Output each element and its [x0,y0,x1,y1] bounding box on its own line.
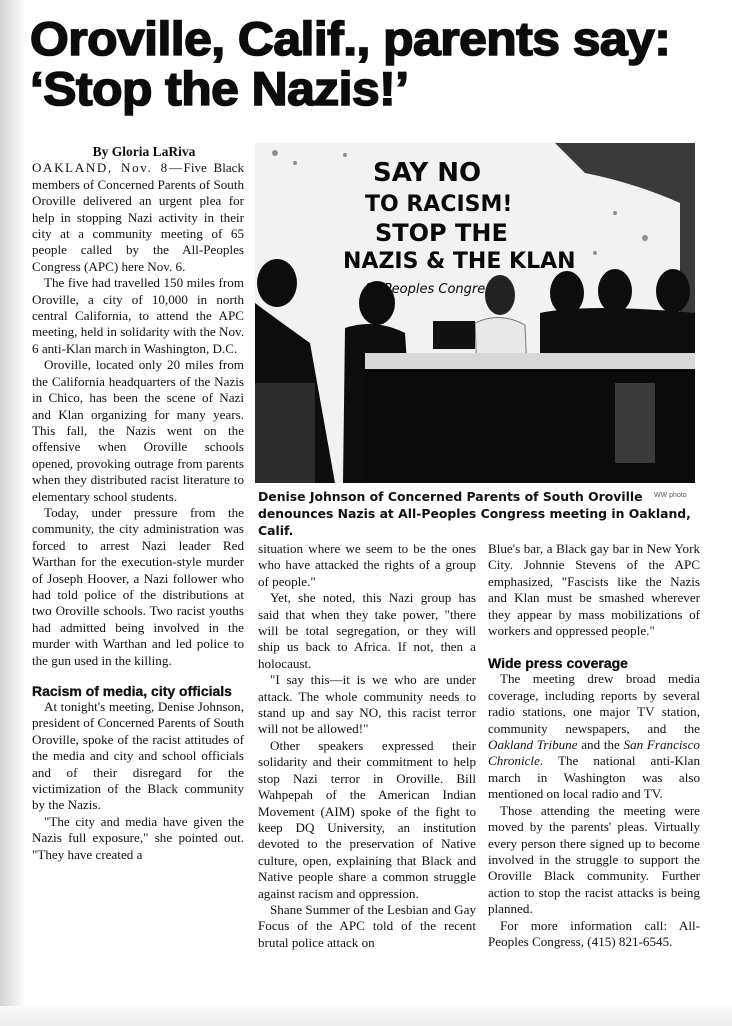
article-column-3: Blue's bar, a Black gay bar in New York … [488,541,700,950]
paragraph: The five had travelled 150 miles from Or… [32,275,244,357]
article-column-1: By Gloria LaRiva OAKLAND, Nov. 8—Five Bl… [32,144,244,863]
paragraph: Oroville, located only 20 miles from the… [32,357,244,505]
paragraph: "I say this—it is we who are under attac… [258,672,476,738]
headline: Oroville, Calif., parents say: ‘Stop the… [30,14,732,114]
publication-name: Oakland Tribune [488,737,578,752]
paragraph-continued: situation where we seem to be the ones w… [258,541,476,590]
subhead-racism-of-media: Racism of media, city officials [32,683,244,699]
paragraph: The meeting drew broad media coverage, i… [488,671,700,802]
paragraph-continued: Blue's bar, a Black gay bar in New York … [488,541,700,639]
dateline: OAKLAND, Nov. 8— [32,160,184,175]
paragraph: Other speakers expressed their solidarit… [258,738,476,902]
article-column-2: situation where we seem to be the ones w… [258,541,476,951]
paragraph: Shane Summer of the Lesbian and Gay Focu… [258,902,476,951]
byline: By Gloria LaRiva [32,144,244,160]
paragraph: "The city and media have given the Nazis… [32,814,244,863]
news-photo: SAY NO TO RACISM! STOP THE NAZIS & THE K… [255,143,695,483]
paragraph: At tonight's meeting, Denise Johnson, pr… [32,699,244,814]
svg-text:STOP THE: STOP THE [375,219,508,247]
lead-paragraph: OAKLAND, Nov. 8—Five Black members of Co… [32,160,244,275]
svg-text:TO RACISM!: TO RACISM! [365,192,512,217]
scan-left-margin [0,0,24,1026]
paragraph: Today, under pressure from the community… [32,505,244,669]
svg-text:NAZIS & THE KLAN: NAZIS & THE KLAN [343,249,576,274]
svg-text:SAY NO: SAY NO [373,158,481,188]
meeting-photo-illustration: SAY NO TO RACISM! STOP THE NAZIS & THE K… [255,143,695,483]
photo-caption: Denise Johnson of Concerned Parents of S… [258,488,698,539]
contact-paragraph: For more information call: All-Peoples C… [488,918,700,951]
paragraph: Yet, she noted, this Nazi group has said… [258,590,476,672]
scan-bottom-margin [0,1006,732,1026]
subhead-wide-press-coverage: Wide press coverage [488,655,700,671]
paragraph: Those attending the meeting were moved b… [488,803,700,918]
